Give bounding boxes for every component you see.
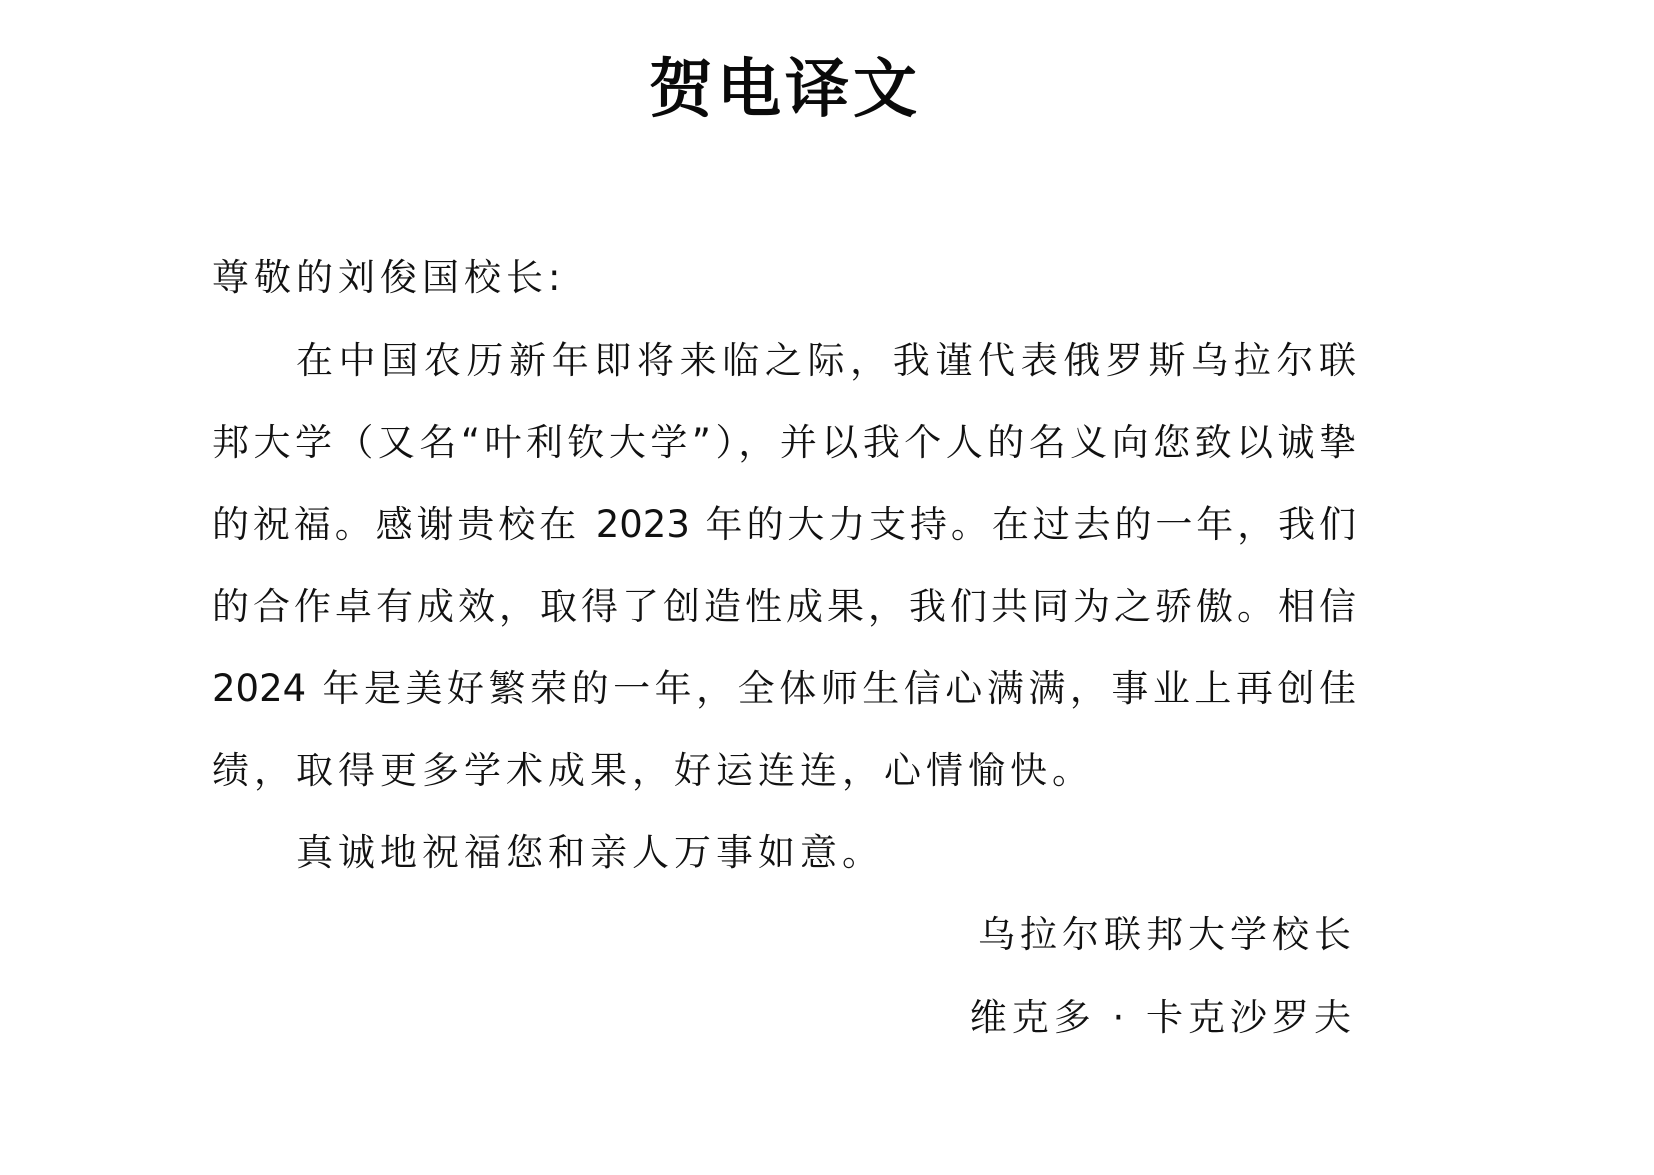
body-line-3: 的祝福。感谢贵校在 2023 年的大力支持。在过去的一年，我们 — [212, 500, 1356, 550]
body-line-5: 2024 年是美好繁荣的一年，全体师生信心满满，事业上再创佳 — [212, 664, 1356, 714]
body-line-4: 的合作卓有成效，取得了创造性成果，我们共同为之骄傲。相信 — [212, 582, 1356, 632]
document-page: 贺电译文 尊敬的刘俊国校长: 在中国农历新年即将来临之际，我谨代表俄罗斯乌拉尔联… — [0, 0, 1654, 1175]
closing-line: 真诚地祝福您和亲人万事如意。 — [296, 828, 1356, 878]
body-line-1: 在中国农历新年即将来临之际，我谨代表俄罗斯乌拉尔联 — [296, 336, 1356, 386]
salutation: 尊敬的刘俊国校长: — [212, 253, 1356, 303]
signature-title: 乌拉尔联邦大学校长 — [978, 910, 1356, 960]
document-title: 贺电译文 — [0, 48, 1570, 132]
signature-name: 维克多 · 卡克沙罗夫 — [970, 993, 1356, 1043]
body-line-6: 绩，取得更多学术成果，好运连连，心情愉快。 — [212, 746, 1356, 796]
body-line-2: 邦大学（又名“叶利钦大学”），并以我个人的名义向您致以诚挚 — [212, 418, 1356, 468]
